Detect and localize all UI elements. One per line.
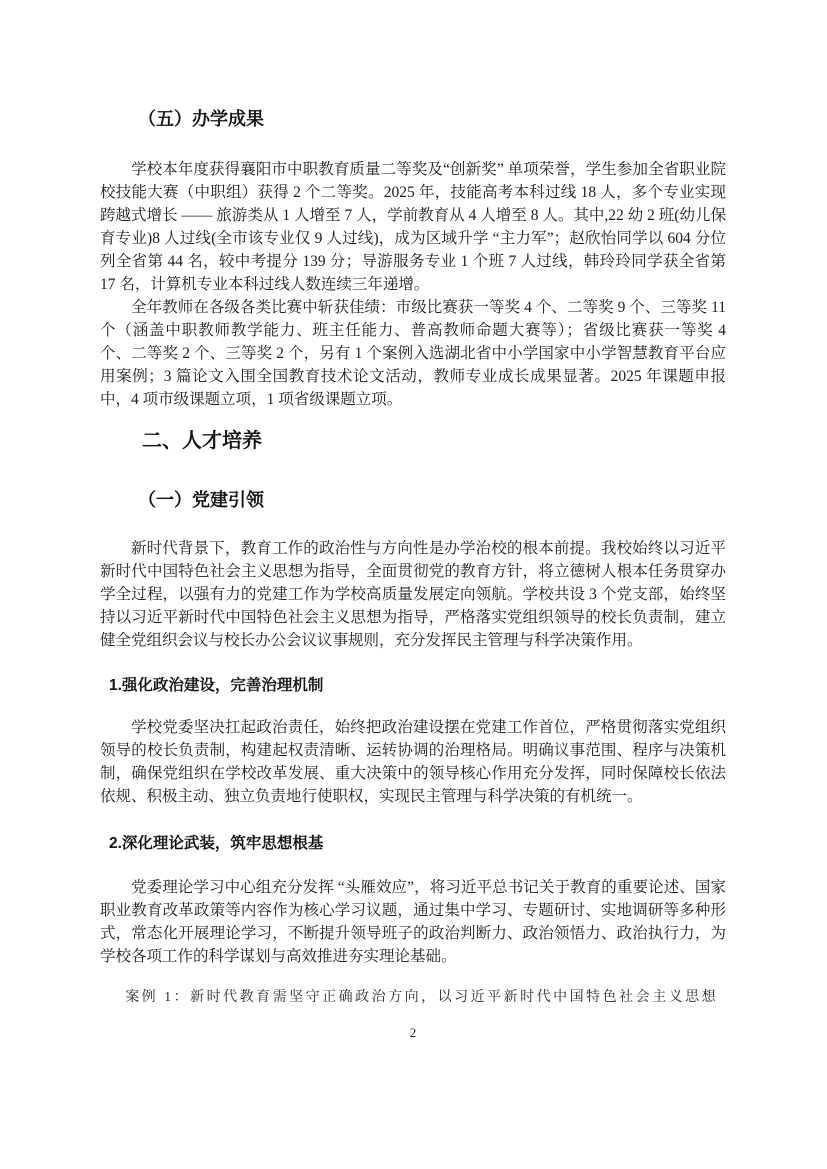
section-heading-party-building: （一）党建引领 bbox=[100, 487, 726, 513]
page-footer: 2 bbox=[100, 1025, 726, 1041]
paragraph-party-building-intro: 新时代背景下，教育工作的政治性与方向性是办学治校的根本前提。我校始终以习近平新时… bbox=[100, 537, 726, 652]
paragraph-achievements-1: 学校本年度获得襄阳市中职教育质量二等奖及“创新奖” 单项荣誉，学生参加全省职业院… bbox=[100, 158, 726, 296]
subheading-political-construction: 1.强化政治建设，完善治理机制 bbox=[100, 674, 726, 698]
chapter-heading-talent-cultivation: 二、人才培养 bbox=[100, 427, 726, 455]
paragraph-case-1: 案例 1：新时代教育需坚守正确政治方向，以习近平新时代中国特色社会主义思想 bbox=[100, 987, 726, 1009]
page-number: 2 bbox=[410, 1025, 417, 1040]
paragraph-achievements-2: 全年教师在各级各类比赛中斩获佳绩：市级比赛获一等奖 4 个、二等奖 9 个、三等… bbox=[100, 296, 726, 411]
paragraph-theoretical-arming: 党委理论学习中心组充分发挥 “头雁效应”，将习近平总书记关于教育的重要论述、国家… bbox=[100, 876, 726, 968]
paragraph-political-construction: 学校党委坚决扛起政治责任，始终把政治建设摆在党建工作首位，严格贯彻落实党组织领导… bbox=[100, 716, 726, 808]
document-page: （五）办学成果 学校本年度获得襄阳市中职教育质量二等奖及“创新奖” 单项荣誉，学… bbox=[0, 0, 827, 1169]
section-heading-achievements: （五）办学成果 bbox=[100, 106, 726, 132]
subheading-theoretical-arming: 2.深化理论武装，筑牢思想根基 bbox=[100, 832, 726, 856]
